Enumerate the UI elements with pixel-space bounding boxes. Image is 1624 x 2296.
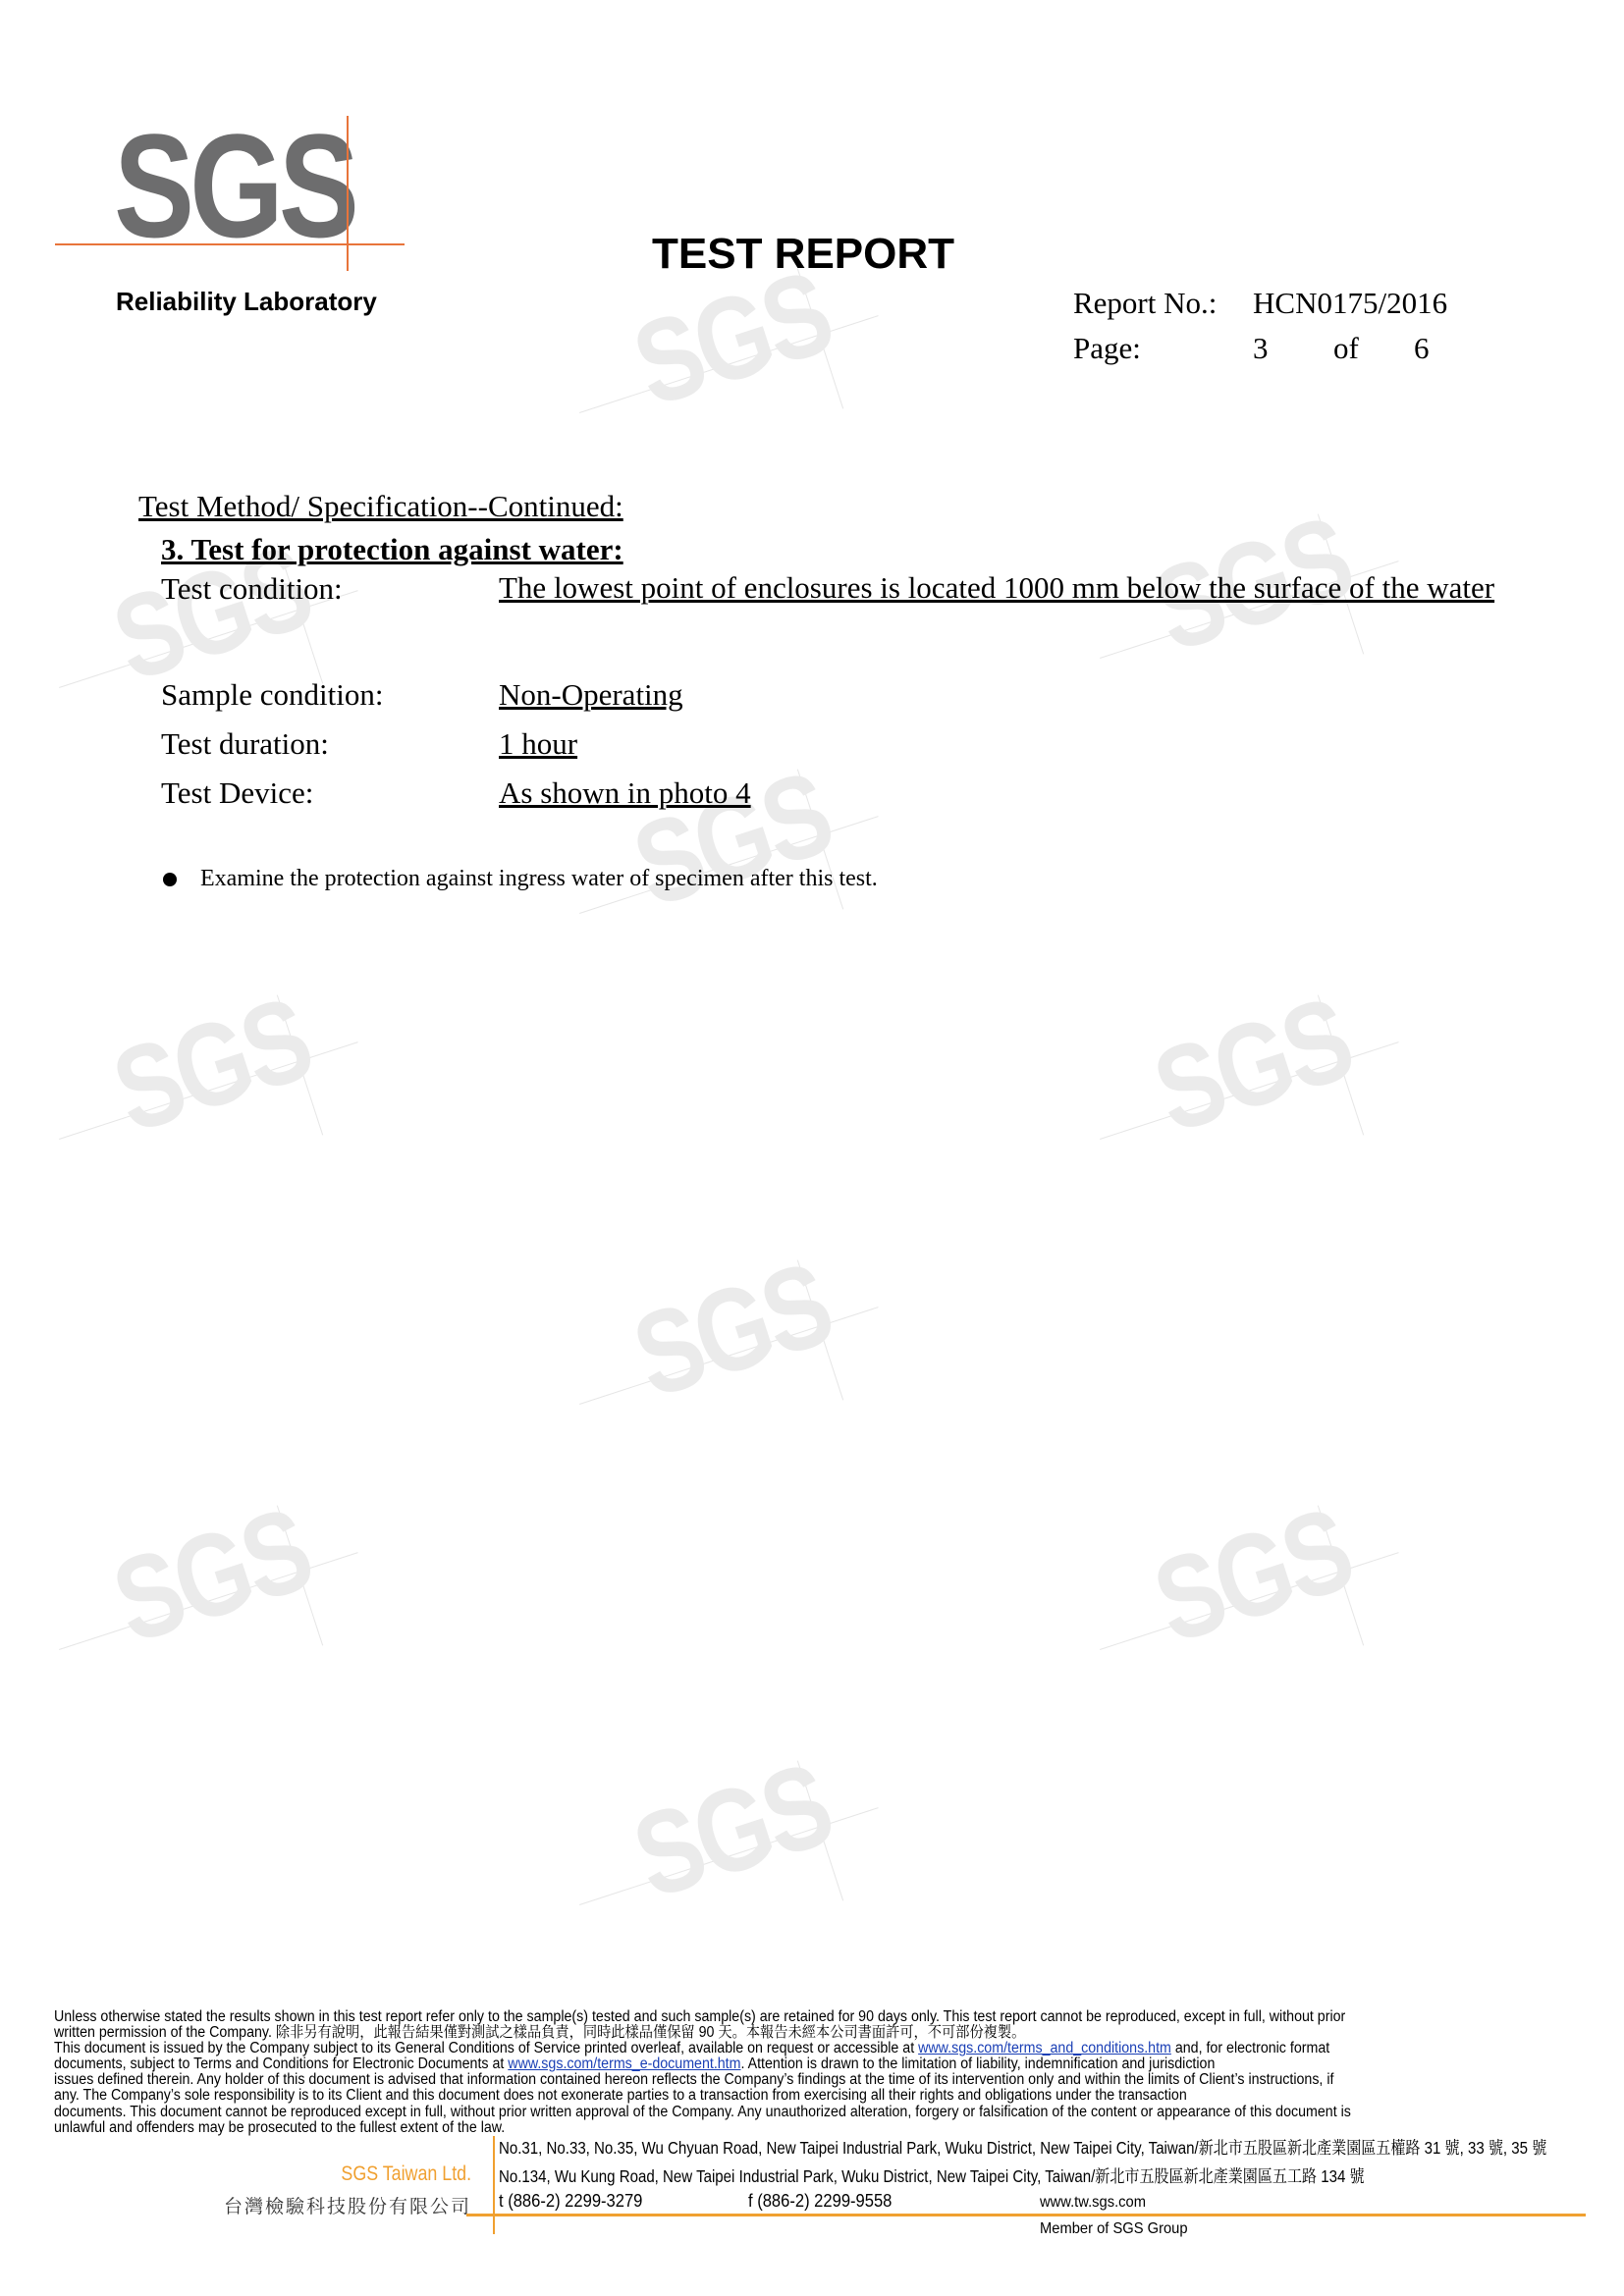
disclaimer-line: Unless otherwise stated the results show…: [54, 2009, 1470, 2025]
e-document-terms-link[interactable]: www.sgs.com/terms_e-document.htm: [508, 2056, 740, 2072]
terms-link[interactable]: www.sgs.com/terms_and_conditions.htm: [918, 2040, 1171, 2056]
field-label: Test Device:: [161, 775, 499, 811]
field-test-device: Test Device: As shown in photo 4: [161, 775, 1520, 811]
field-label: Test condition:: [161, 571, 499, 613]
sgs-logo: SGS: [55, 116, 405, 273]
field-value: Non-Operating: [499, 677, 1520, 713]
footer-divider-horizontal: [466, 2214, 1586, 2216]
address-line-2: No.134, Wu Kung Road, New Taipei Industr…: [499, 2163, 1365, 2188]
watermark: SGS: [589, 1266, 884, 1433]
logo-vertical-rule: [347, 116, 349, 271]
section-heading: Test Method/ Specification--Continued:: [138, 489, 623, 524]
logo-wordmark: SGS: [114, 112, 354, 259]
watermark: SGS: [589, 1767, 884, 1934]
report-page: SGS SGS SGS SGS SGS SGS SGS SGS SGS SGS …: [0, 0, 1624, 2296]
page-current: 3: [1253, 326, 1333, 371]
field-label: Test duration:: [161, 726, 499, 762]
watermark: SGS: [1110, 1512, 1404, 1679]
disclaimer-line: unlawful and offenders may be prosecuted…: [54, 2120, 1470, 2136]
company-name-en: SGS Taiwan Ltd.: [341, 2163, 471, 2186]
footer-divider-vertical: [493, 2136, 495, 2234]
report-number-label: Report No.:: [1073, 281, 1253, 326]
disclaimer-line: any. The Company’s sole responsibility i…: [54, 2088, 1470, 2104]
field-sample-condition: Sample condition: Non-Operating: [161, 677, 1520, 713]
page-of: of: [1333, 326, 1414, 371]
legal-disclaimer: Unless otherwise stated the results show…: [54, 2009, 1470, 2136]
report-number-row: Report No.: HCN0175/2016: [1073, 281, 1447, 326]
page-label: Page:: [1073, 326, 1253, 371]
field-value: The lowest point of enclosures is locate…: [499, 563, 1520, 613]
lab-name: Reliability Laboratory: [116, 287, 377, 317]
field-value: 1 hour: [499, 726, 1520, 762]
watermark: SGS: [589, 275, 884, 442]
page-row: Page: 3 of 6: [1073, 326, 1447, 371]
field-test-condition: Test condition: The lowest point of encl…: [161, 571, 1520, 613]
report-meta: Report No.: HCN0175/2016 Page: 3 of 6: [1073, 281, 1447, 371]
bullet-item: Examine the protection against ingress w…: [161, 866, 878, 892]
watermark: SGS: [69, 1512, 363, 1679]
disclaimer-line: issues defined therein. Any holder of th…: [54, 2072, 1470, 2088]
watermark: SGS: [69, 1001, 363, 1168]
telephone: t (886-2) 2299-3279: [499, 2191, 642, 2212]
website-link[interactable]: www.tw.sgs.com: [1040, 2194, 1146, 2212]
field-label: Sample condition:: [161, 677, 499, 713]
address-line-1: No.31, No.33, No.35, Wu Chyuan Road, New…: [499, 2135, 1546, 2160]
field-value: As shown in photo 4: [499, 775, 1520, 811]
section-title: 3. Test for protection against water:: [161, 532, 623, 567]
disclaimer-line: documents, subject to Terms and Conditio…: [54, 2056, 1470, 2072]
company-name-zh: 台灣檢驗科技股份有限公司: [224, 2192, 471, 2218]
member-of-group: Member of SGS Group: [1040, 2220, 1188, 2238]
watermark: SGS: [1110, 1001, 1404, 1168]
disclaimer-line: This document is issued by the Company s…: [54, 2041, 1470, 2056]
bullet-icon: [163, 873, 177, 886]
disclaimer-line: written permission of the Company. 除非另有說…: [54, 2025, 1470, 2041]
disclaimer-line: documents. This document cannot be repro…: [54, 2105, 1470, 2120]
report-title: TEST REPORT: [652, 230, 954, 279]
logo-horizontal-rule: [55, 243, 405, 245]
field-test-duration: Test duration: 1 hour: [161, 726, 1520, 762]
fax: f (886-2) 2299-9558: [748, 2191, 892, 2212]
report-number: HCN0175/2016: [1253, 281, 1447, 326]
bullet-text: Examine the protection against ingress w…: [200, 866, 878, 892]
page-total: 6: [1414, 326, 1430, 371]
